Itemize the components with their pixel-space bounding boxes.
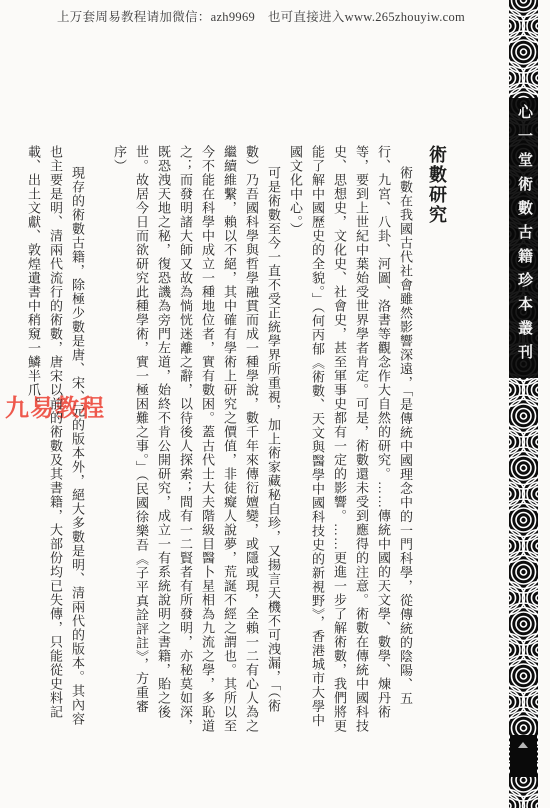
article-paragraph-3: 現存的術數古籍，除極少數是唐、宋、元的版本外，絕大多數是明、清兩代的版本。其內容… — [22, 145, 88, 733]
promo-header: 上万套周易教程请加微信：azh9969 也可直接进入www.265zhouyiw… — [57, 7, 417, 25]
spine-decoration: 心一堂術數古籍珍本叢刊 — [509, 0, 538, 808]
article-title: 術數研究 — [423, 145, 474, 733]
promo-text: 上万套周易教程请加微信：azh9969 也可直接进入www.265zhouyiw… — [57, 10, 465, 24]
article-paragraph-2: 可是術數至今一直不受正統學界所重視，加上術家藏秘自珍，又揚言天機不可洩漏，「（術… — [108, 145, 284, 733]
spine-volume-marker-icon — [510, 735, 537, 777]
scanned-book-page: 上万套周易教程请加微信：azh9969 也可直接进入www.265zhouyiw… — [0, 0, 550, 808]
spine-series-title: 心一堂術數古籍珍本叢刊 — [509, 98, 538, 378]
article-paragraph-1: 術數在我國古代社會雖然影響深遠，「是傳統中國理念中的一門科學，從傳統的陰陽、五行… — [284, 145, 416, 733]
article: 術數研究 術數在我國古代社會雖然影響深遠，「是傳統中國理念中的一門科學，從傳統的… — [22, 145, 474, 733]
